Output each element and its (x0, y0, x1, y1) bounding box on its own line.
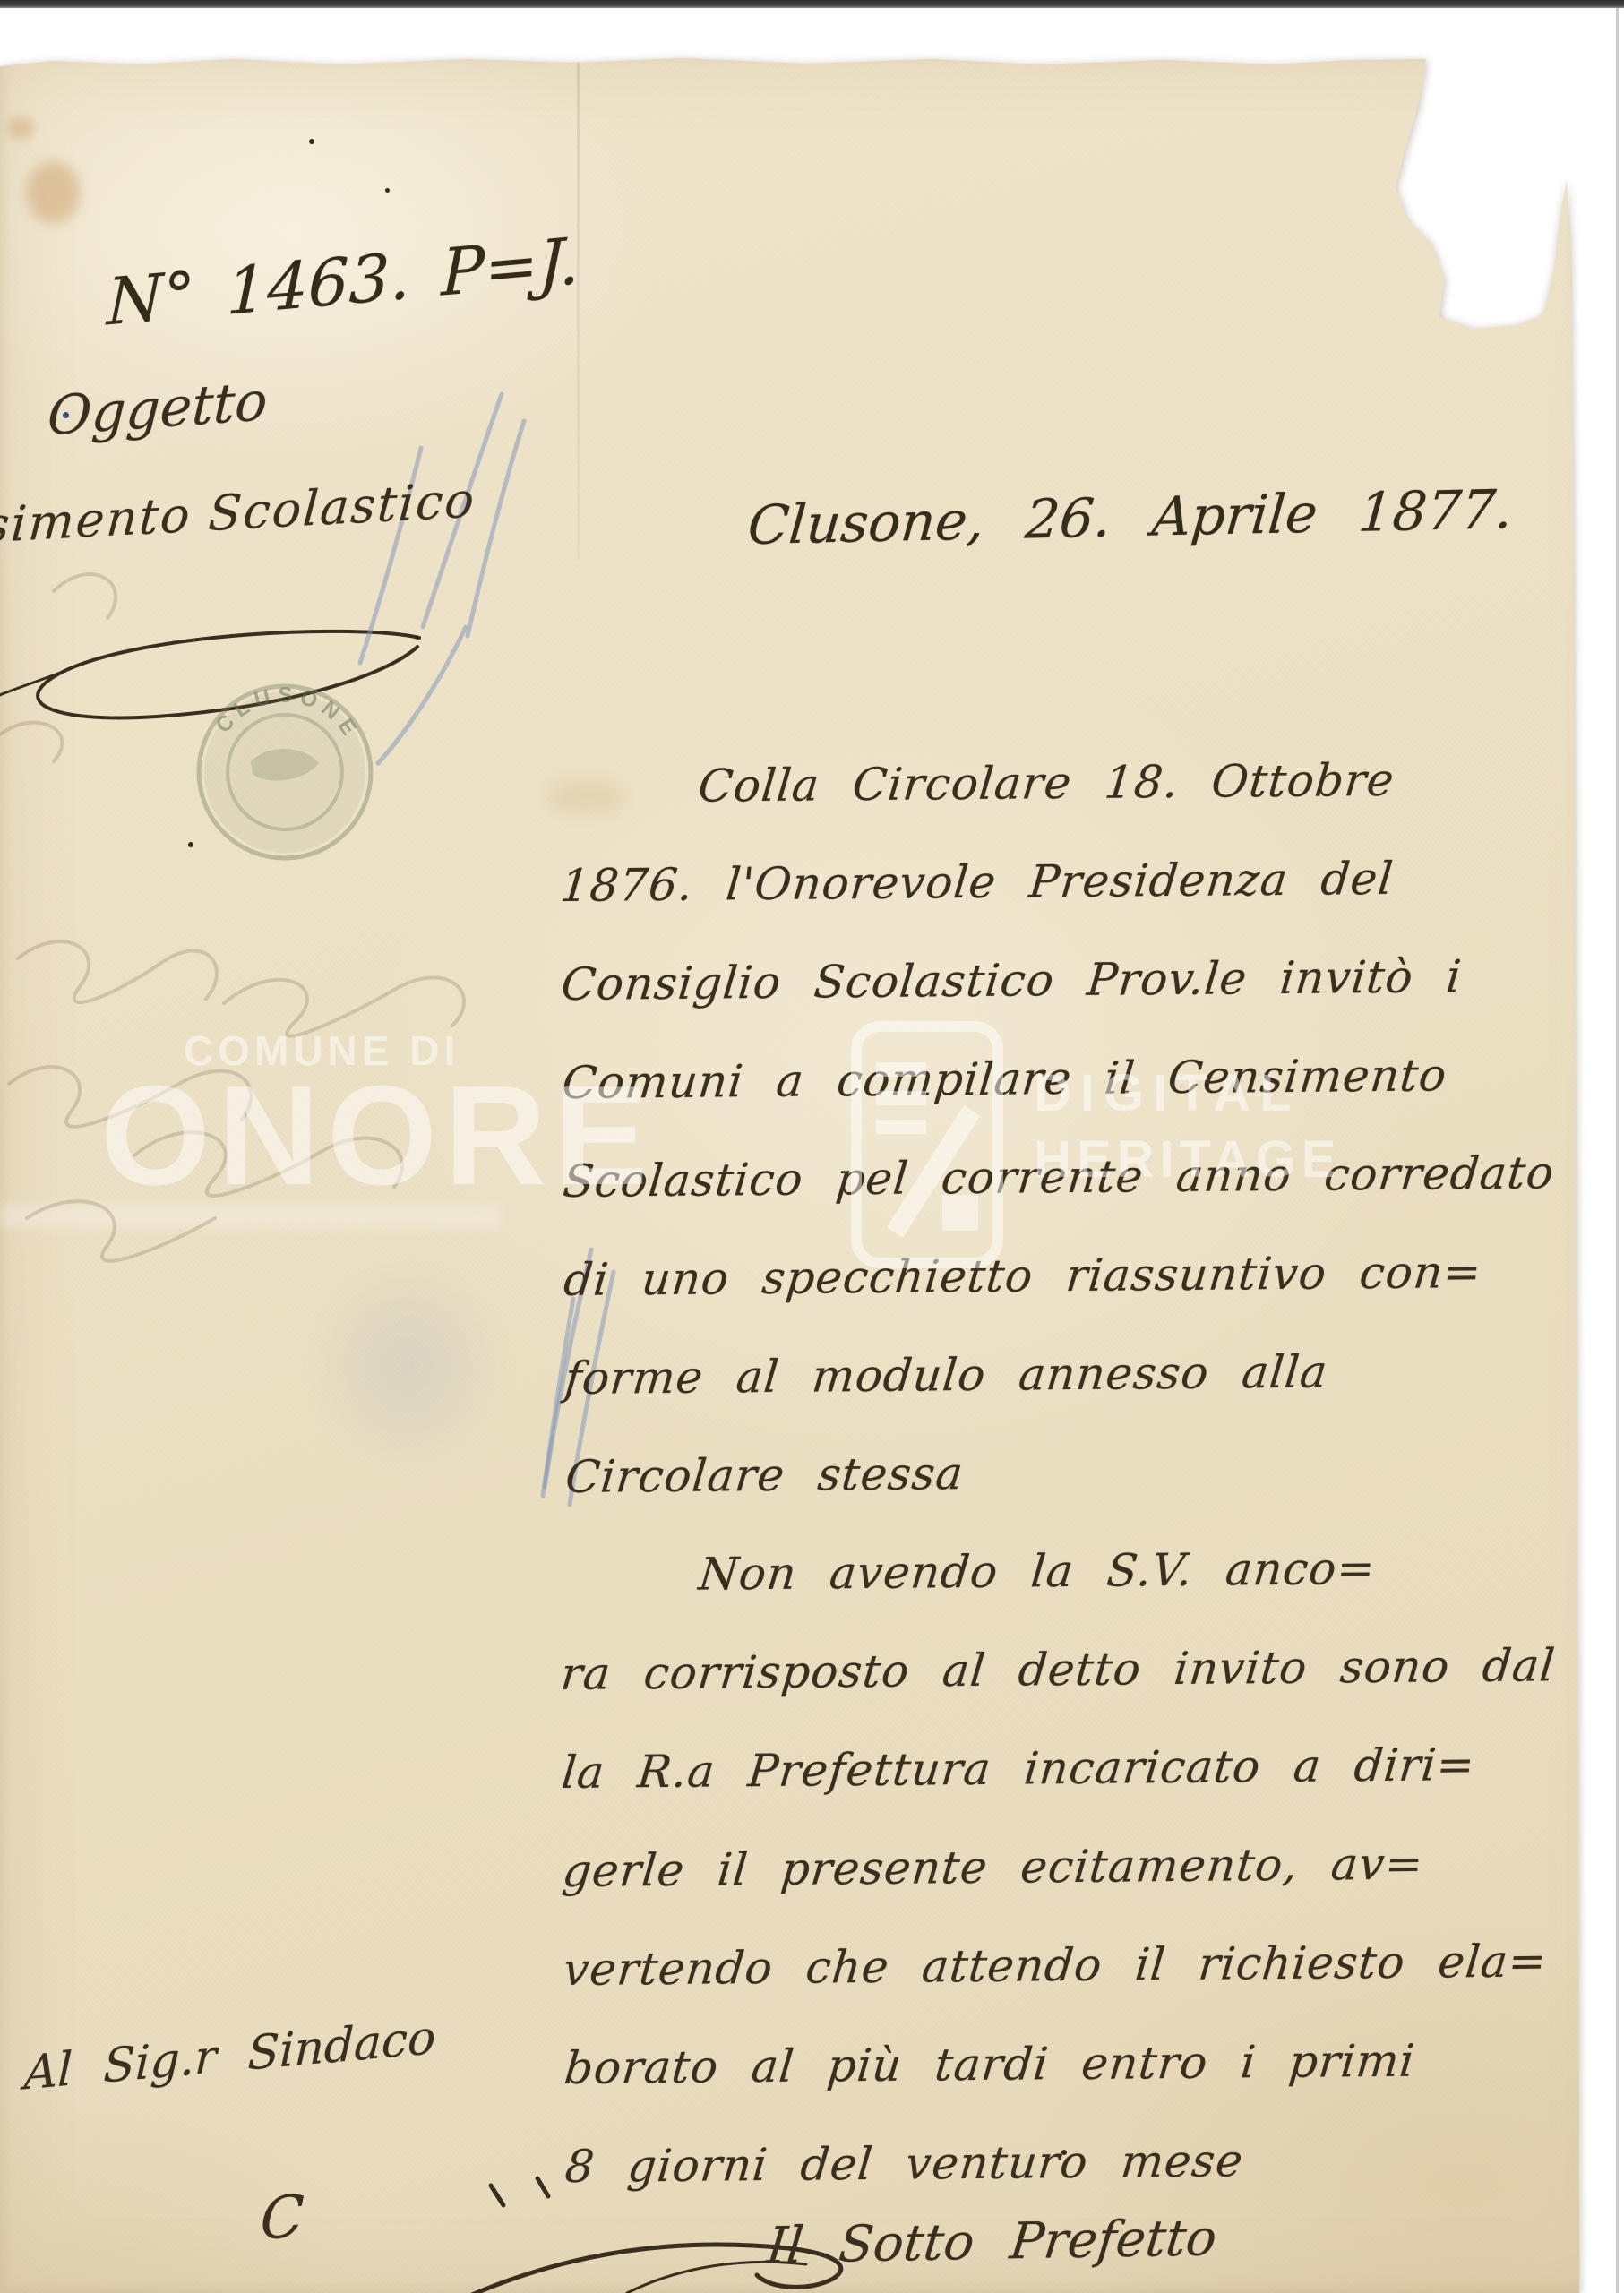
watermark-onore: ONORE (100, 1055, 655, 1217)
svg-text:CLUSONE: CLUSONE (211, 683, 365, 745)
ink-speck (385, 188, 390, 193)
ink-flourish (0, 631, 419, 718)
oggetto-label: Oggetto (46, 370, 269, 449)
body-line: 1876. l'Onorevole Presidenza del (554, 851, 1603, 958)
body-line: borato al più tardi entro i primi (557, 2033, 1606, 2141)
body-line: Consiglio Scolastico Prov.le invitò i (554, 949, 1603, 1057)
digital-heritage-logo-icon (849, 1019, 1005, 1270)
scanner-bed-edge (0, 0, 1624, 8)
addressee-comune-initial: C (259, 2183, 305, 2254)
body-line: gerle il presente ecitamento, av= (556, 1836, 1605, 1944)
letter-paper: CLUSONE N° 1463. P=J. Oggetto simento Sc… (0, 54, 1624, 2293)
rust-stain (27, 161, 81, 224)
subject-line: simento Scolastico (0, 471, 477, 554)
postmark-stamp: CLUSONE (199, 683, 371, 858)
watermark-heritage: HERITAGE (1034, 1129, 1341, 1189)
body-line: ra corrisposto al detto invito sono dal (554, 1639, 1603, 1747)
stamp-text: CLUSONE (211, 683, 365, 745)
body-line: la R.a Prefettura incaricato a diri= (555, 1738, 1604, 1845)
comune-initial-dots (491, 2178, 548, 2205)
closing-line: Il Sotto Prefetto (764, 2209, 1219, 2275)
dateline: Clusone, 26. Aprile 1877. (745, 478, 1515, 557)
letter-paper-wrapper: CLUSONE N° 1463. P=J. Oggetto simento Sc… (0, 54, 1624, 2293)
body-line: forme al modulo annesso alla (558, 1344, 1607, 1451)
scan-page: { "scan": { "paper_color": "#ece0c4", "i… (0, 0, 1624, 2293)
addressee-line: Al Sig.r Sindaco (23, 2011, 436, 2101)
body-line: Circolare stessa (559, 1442, 1608, 1550)
body-line: Non avendo la S.V. anco= (554, 1541, 1603, 1648)
body-line: vertendo che attendo il richiesto ela= (556, 1935, 1605, 2042)
blue-ink-bleed-smudge (305, 1254, 511, 1478)
body-paragraph-2: Non avendo la S.V. anco= ra corrisposto … (553, 1541, 1598, 2239)
ink-speck (309, 139, 314, 144)
watermark-digital: DIGITAL (1034, 1063, 1301, 1123)
ink-speck (188, 842, 193, 847)
body-line: di uno specchietto riassuntivo con= (557, 1245, 1606, 1353)
fold-crease-vertical (577, 58, 580, 560)
rust-stain-small (7, 116, 34, 140)
body-line: Colla Circolare 18. Ottobre (553, 752, 1602, 860)
protocol-number: N° 1463. P=J. (107, 223, 580, 340)
